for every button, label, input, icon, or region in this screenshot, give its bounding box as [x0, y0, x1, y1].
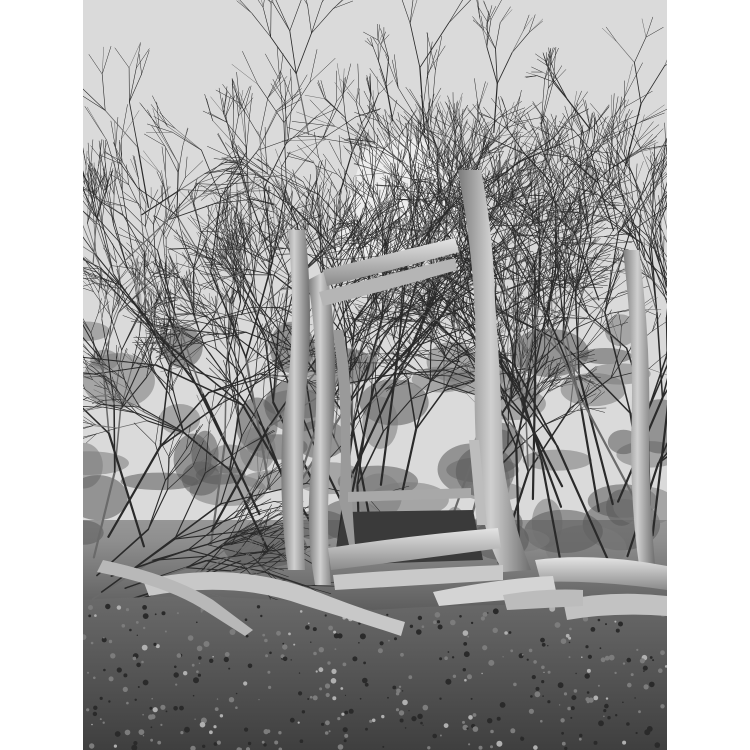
- thorn-enclosure-scene: [83, 0, 667, 750]
- photograph: [83, 0, 667, 750]
